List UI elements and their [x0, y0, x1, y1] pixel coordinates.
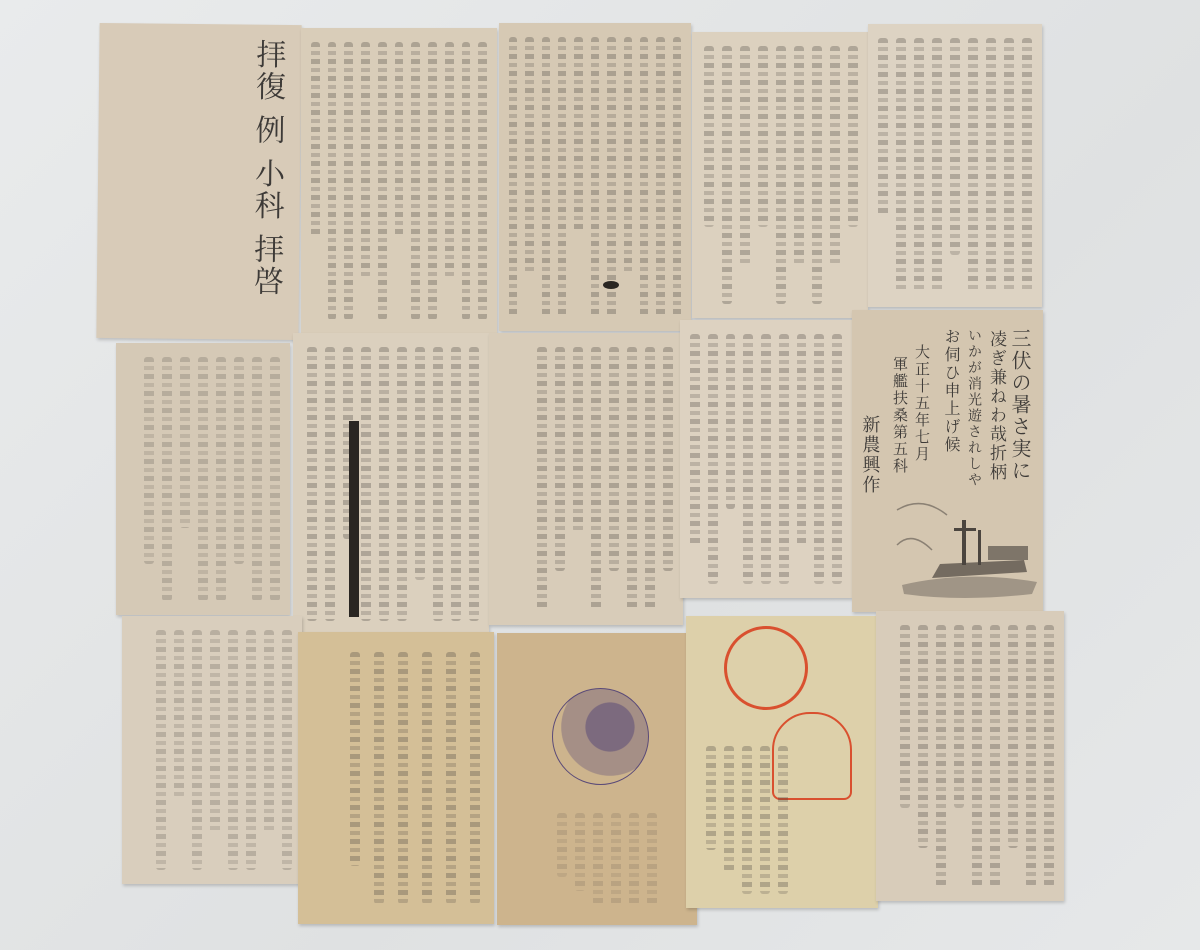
handwriting: [696, 746, 788, 894]
postcard-5: [868, 24, 1042, 307]
handwriting: [499, 347, 673, 611]
postcard-9: [680, 320, 852, 598]
greeting-line-1: 三伏の暑さ実に: [1007, 328, 1033, 482]
postcard-15: [876, 611, 1064, 901]
handwriting: [312, 652, 480, 904]
greeting-line-3: いかが消光遊されしや: [965, 328, 983, 488]
handwriting: [132, 630, 292, 870]
postcard-2: [301, 28, 497, 334]
landscape-stamp: [552, 688, 649, 785]
commemorative-stamp-round: [724, 626, 808, 710]
ink-spot: [603, 281, 619, 289]
postcard-7: [293, 333, 489, 635]
sender-org: 軍艦扶桑第五科: [890, 356, 910, 475]
postcard-12: [298, 632, 494, 924]
handwriting: [311, 42, 487, 320]
postcard-11: [122, 616, 302, 884]
handwriting: [126, 357, 280, 601]
handwriting: [702, 46, 858, 304]
greeting-line-4: お伺ひ申上げ候: [940, 328, 961, 454]
handwriting: [303, 347, 479, 621]
postcard-1-text: 拝復 例 小科 拝啓: [245, 39, 287, 329]
postcard-6: [116, 343, 290, 615]
sender-name: 新農興作: [858, 415, 881, 495]
handwriting: [878, 38, 1032, 293]
handwriting: [886, 625, 1054, 887]
postcard-8: [489, 333, 683, 625]
postcard-3: [499, 23, 691, 331]
battleship-illustration: [892, 490, 1042, 605]
card-date: 大正十五年七月: [912, 344, 932, 463]
handwriting: [690, 334, 842, 584]
postcard-1: 拝復 例 小科 拝啓: [96, 23, 301, 340]
postcard-10-battleship: 三伏の暑さ実に 凌ぎ兼ねわ哉折柄 いかが消光遊されしや お伺ひ申上げ候 大正十五…: [852, 310, 1043, 612]
postcard-13: [497, 633, 697, 925]
handwriting: [509, 37, 681, 317]
handwriting: [537, 813, 657, 905]
ink-stroke: [349, 421, 359, 617]
greeting-line-2: 凌ぎ兼ねわ哉折柄: [985, 330, 1007, 482]
postcard-4: [692, 32, 868, 318]
postcard-14: [686, 616, 878, 908]
